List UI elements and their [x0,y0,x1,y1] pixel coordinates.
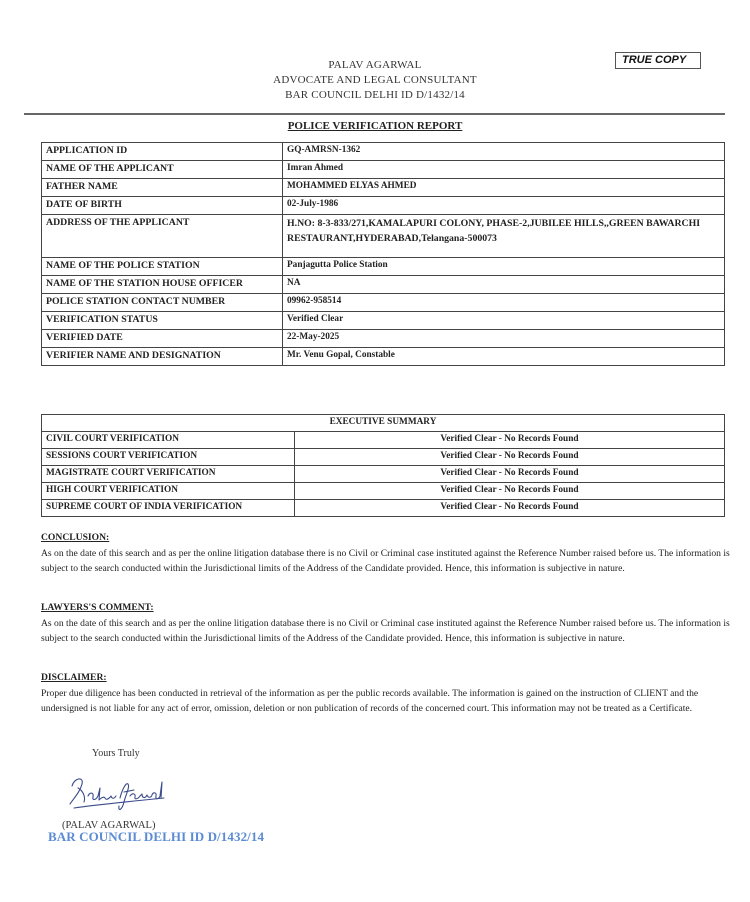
details-row: DATE OF BIRTH02-July-1986 [42,197,725,215]
report-title: POLICE VERIFICATION REPORT [0,120,750,132]
details-value: GQ-AMRSN-1362 [283,143,725,161]
details-row: POLICE STATION CONTACT NUMBER09962-95851… [42,294,725,312]
details-value: H.NO: 8-3-833/271,KAMALAPURI COLONY, PHA… [283,215,725,258]
letterhead-name: PALAV AGARWAL [200,58,550,73]
letterhead: PALAV AGARWAL ADVOCATE AND LEGAL CONSULT… [200,58,550,103]
details-value: 09962-958514 [283,294,725,312]
details-label: DATE OF BIRTH [42,197,283,215]
details-label: ADDRESS OF THE APPLICANT [42,215,283,258]
summary-row: SUPREME COURT OF INDIA VERIFICATIONVerif… [42,500,725,517]
details-label: NAME OF THE POLICE STATION [42,258,283,276]
summary-title: EXECUTIVE SUMMARY [42,415,725,432]
details-value: MOHAMMED ELYAS AHMED [283,179,725,197]
details-row: NAME OF THE POLICE STATIONPanjagutta Pol… [42,258,725,276]
lawyers-comment-heading: LAWYERS'S COMMENT: [41,600,731,616]
closing-text: Yours Truly [92,748,140,759]
lawyers-comment-text: As on the date of this search and as per… [41,616,731,647]
details-row: VERIFICATION STATUSVerified Clear [42,312,725,330]
disclaimer-heading: DISCLAIMER: [41,670,731,686]
details-label: POLICE STATION CONTACT NUMBER [42,294,283,312]
summary-value: Verified Clear - No Records Found [295,449,725,466]
summary-value: Verified Clear - No Records Found [295,500,725,517]
details-row: NAME OF THE STATION HOUSE OFFICERNA [42,276,725,294]
details-value: Imran Ahmed [283,161,725,179]
details-table: APPLICATION IDGQ-AMRSN-1362NAME OF THE A… [41,142,725,366]
summary-row: HIGH COURT VERIFICATIONVerified Clear - … [42,483,725,500]
summary-label: SESSIONS COURT VERIFICATION [42,449,295,466]
details-label: VERIFICATION STATUS [42,312,283,330]
summary-row: CIVIL COURT VERIFICATIONVerified Clear -… [42,432,725,449]
conclusion-heading: CONCLUSION: [41,530,731,546]
details-row: NAME OF THE APPLICANTImran Ahmed [42,161,725,179]
letterhead-designation: ADVOCATE AND LEGAL CONSULTANT [200,73,550,88]
details-value: 22-May-2025 [283,330,725,348]
signatory-bar-id: BAR COUNCIL DELHI ID D/1432/14 [48,829,264,845]
summary-value: Verified Clear - No Records Found [295,466,725,483]
summary-label: SUPREME COURT OF INDIA VERIFICATION [42,500,295,517]
details-row: FATHER NAMEMOHAMMED ELYAS AHMED [42,179,725,197]
summary-label: HIGH COURT VERIFICATION [42,483,295,500]
summary-row: SESSIONS COURT VERIFICATIONVerified Clea… [42,449,725,466]
summary-row: MAGISTRATE COURT VERIFICATIONVerified Cl… [42,466,725,483]
details-label: APPLICATION ID [42,143,283,161]
details-value: Panjagutta Police Station [283,258,725,276]
disclaimer-text: Proper due diligence has been conducted … [41,686,731,717]
letterhead-bar-id: BAR COUNCIL DELHI ID D/1432/14 [200,88,550,103]
details-value: Mr. Venu Gopal, Constable [283,348,725,366]
executive-summary-table: EXECUTIVE SUMMARY CIVIL COURT VERIFICATI… [41,414,725,517]
details-row: APPLICATION IDGQ-AMRSN-1362 [42,143,725,161]
summary-header-row: EXECUTIVE SUMMARY [42,415,725,432]
disclaimer-section: DISCLAIMER: Proper due diligence has bee… [41,670,731,717]
details-label: NAME OF THE STATION HOUSE OFFICER [42,276,283,294]
summary-value: Verified Clear - No Records Found [295,432,725,449]
details-label: VERIFIER NAME AND DESIGNATION [42,348,283,366]
summary-value: Verified Clear - No Records Found [295,483,725,500]
details-label: NAME OF THE APPLICANT [42,161,283,179]
summary-label: MAGISTRATE COURT VERIFICATION [42,466,295,483]
details-value: NA [283,276,725,294]
details-label: FATHER NAME [42,179,283,197]
details-value: Verified Clear [283,312,725,330]
details-row: ADDRESS OF THE APPLICANTH.NO: 8-3-833/27… [42,215,725,258]
details-row: VERIFIED DATE22-May-2025 [42,330,725,348]
header-divider [24,113,725,115]
signature-icon [64,768,174,816]
summary-label: CIVIL COURT VERIFICATION [42,432,295,449]
conclusion-text: As on the date of this search and as per… [41,546,731,577]
details-row: VERIFIER NAME AND DESIGNATIONMr. Venu Go… [42,348,725,366]
lawyers-comment-section: LAWYERS'S COMMENT: As on the date of thi… [41,600,731,647]
details-label: VERIFIED DATE [42,330,283,348]
conclusion-section: CONCLUSION: As on the date of this searc… [41,530,731,577]
true-copy-stamp: TRUE COPY [615,52,701,69]
details-value: 02-July-1986 [283,197,725,215]
